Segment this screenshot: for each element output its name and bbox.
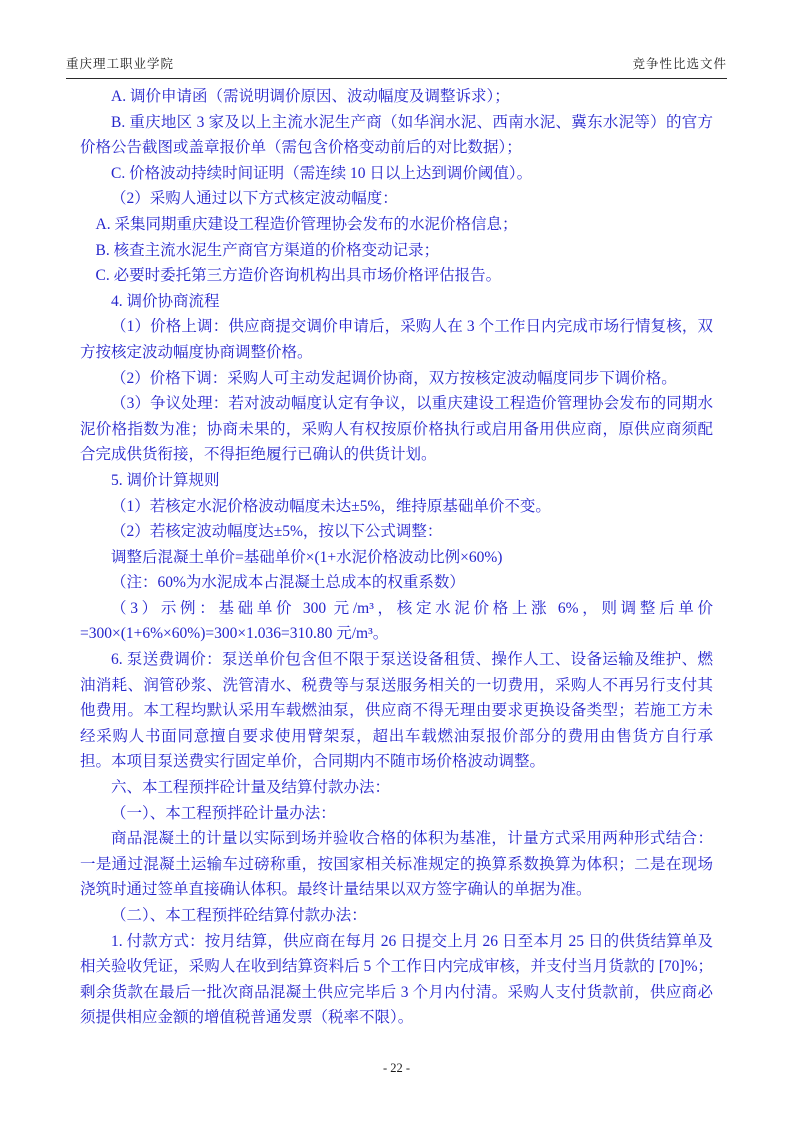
page-header: 重庆理工职业学院 竞争性比选文件	[66, 54, 727, 79]
paragraph: 5. 调价计算规则	[80, 468, 713, 494]
paragraph: A. 采集同期重庆建设工程造价管理协会发布的水泥价格信息；	[80, 212, 713, 238]
paragraph: （二）、本工程预拌砼结算付款办法：	[80, 903, 713, 929]
page-number: - 22 -	[383, 1061, 410, 1075]
paragraph: 6. 泵送费调价：泵送单价包含但不限于泵送设备租赁、操作人工、设备运输及维护、燃…	[80, 647, 713, 775]
paragraph: 调整后混凝土单价=基础单价×(1+水泥价格波动比例×60%)	[80, 545, 713, 571]
header-left-title: 重庆理工职业学院	[66, 54, 174, 72]
paragraph: 六、本工程预拌砼计量及结算付款办法：	[80, 775, 713, 801]
paragraph: （2）价格下调：采购人可主动发起调价协商，双方按核定波动幅度同步下调价格。	[80, 366, 713, 392]
paragraph: （1）若核定水泥价格波动幅度未达±5%，维持原基础单价不变。	[80, 494, 713, 520]
paragraph: A. 调价申请函（需说明调价原因、波动幅度及调整诉求）；	[80, 84, 713, 110]
paragraph: （注：60%为水泥成本占混凝土总成本的权重系数）	[80, 570, 713, 596]
paragraph: （2）采购人通过以下方式核定波动幅度：	[80, 186, 713, 212]
paragraph: （1）价格上调：供应商提交调价申请后，采购人在 3 个工作日内完成市场行情复核，…	[80, 314, 713, 365]
header-right-title: 竞争性比选文件	[632, 54, 727, 72]
paragraph: 商品混凝土的计量以实际到场并验收合格的体积为基准，计量方式采用两种形式结合：一是…	[80, 826, 713, 903]
paragraph: B. 核查主流水泥生产商官方渠道的价格变动记录；	[80, 238, 713, 264]
paragraph: C. 必要时委托第三方造价咨询机构出具市场价格评估报告。	[80, 263, 713, 289]
paragraph: （3）争议处理：若对波动幅度认定有争议，以重庆建设工程造价管理协会发布的同期水泥…	[80, 391, 713, 468]
paragraph: 1. 付款方式：按月结算，供应商在每月 26 日提交上月 26 日至本月 25 …	[80, 929, 713, 1031]
paragraph: B. 重庆地区 3 家及以上主流水泥生产商（如华润水泥、西南水泥、冀东水泥等）的…	[80, 110, 713, 161]
document-body: A. 调价申请函（需说明调价原因、波动幅度及调整诉求）；B. 重庆地区 3 家及…	[80, 84, 713, 1031]
paragraph: C. 价格波动持续时间证明（需连续 10 日以上达到调价阈值）。	[80, 161, 713, 187]
paragraph: 4. 调价协商流程	[80, 289, 713, 315]
paragraph: （3）示例：基础单价 300 元/m³，核定水泥价格上涨 6%，则调整后单价=3…	[80, 596, 713, 647]
paragraph: （2）若核定波动幅度达±5%，按以下公式调整：	[80, 519, 713, 545]
document-page: 重庆理工职业学院 竞争性比选文件 A. 调价申请函（需说明调价原因、波动幅度及调…	[0, 0, 793, 1122]
paragraph: （一）、本工程预拌砼计量办法：	[80, 801, 713, 827]
page-footer: - 22 -	[0, 1061, 793, 1076]
